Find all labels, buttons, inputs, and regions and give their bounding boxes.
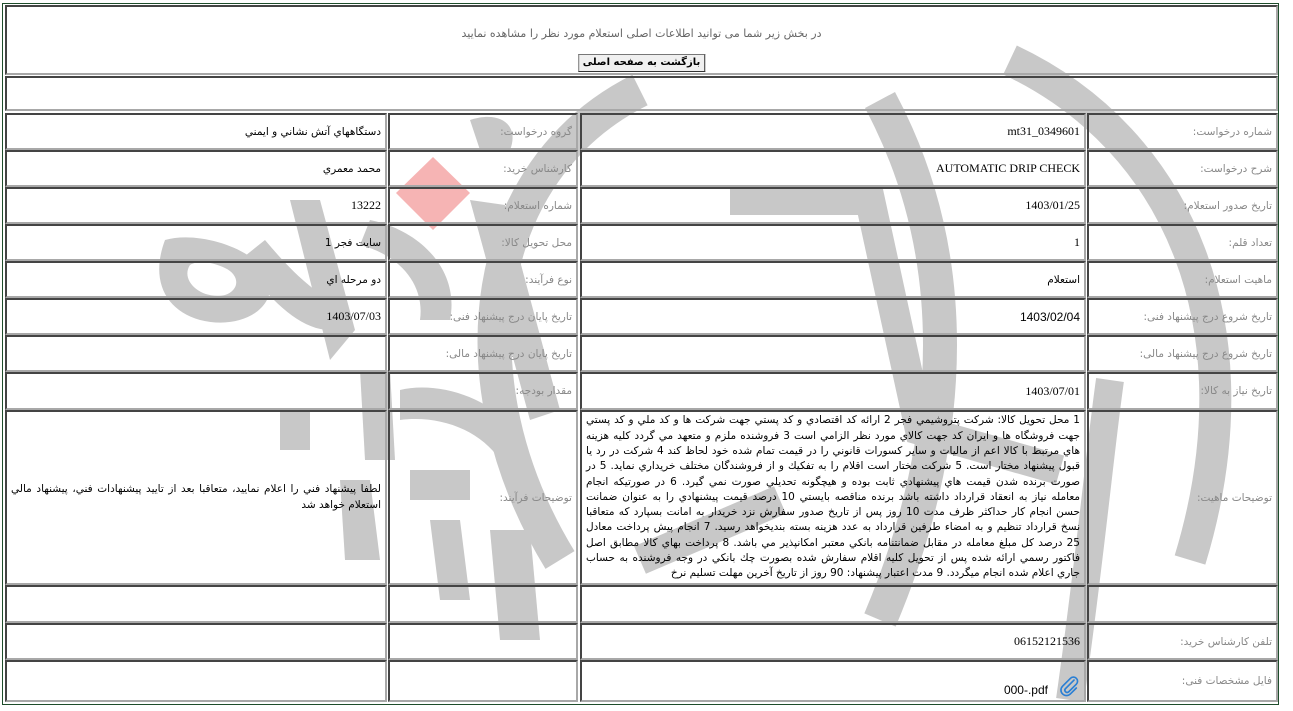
label-text: شماره استعلام:: [504, 200, 572, 212]
page-content: در بخش زیر شما می توانید اطلاعات اصلی اس…: [0, 0, 1293, 711]
label-inquiry-number: شماره استعلام:: [388, 187, 578, 224]
value-item-count: 1: [580, 224, 1086, 261]
label-nature-notes: توضیحات ماهیت:: [1087, 410, 1278, 585]
label-text: تاریخ پایان درج پیشنهاد مالی:: [446, 348, 572, 360]
value-tech-offer-start: 1403/02/04: [580, 298, 1086, 335]
label-text: مقدار بودجه:: [516, 385, 572, 397]
value-inquiry-number: 13222: [5, 187, 387, 224]
label-inquiry-issue-date: تاریخ صدور استعلام:: [1087, 187, 1278, 224]
label-budget-amount: مقدار بودجه:: [388, 372, 578, 410]
label-text: تاریخ نیاز به کالا:: [1200, 385, 1272, 397]
value-text: 1: [1074, 235, 1080, 250]
value-budget-amount: [5, 372, 387, 410]
value-fin-offer-start: [580, 335, 1086, 372]
label-text: تاریخ صدور استعلام:: [1184, 200, 1272, 212]
label-text: شماره درخواست:: [1193, 126, 1272, 138]
label-text: تلفن کارشناس خرید:: [1180, 636, 1272, 648]
label-text: ماهیت استعلام:: [1205, 274, 1272, 286]
value-text: 1403/07/01: [1025, 384, 1080, 399]
spacer-row: [5, 76, 1278, 111]
value-text: دستگاههاي آتش نشاني و ايمني: [245, 126, 381, 138]
value-nature-notes: 1 محل تحويل كالا: شركت پتروشيمي فجر 2 ار…: [580, 410, 1086, 585]
value-inquiry-issue-date: 1403/01/25: [580, 187, 1086, 224]
value-request-description: AUTOMATIC DRIP CHECK: [580, 150, 1086, 187]
label-tech-offer-start: تاریخ شروع درج پیشنهاد فنی:: [1087, 298, 1278, 335]
label-tech-offer-end: تاریخ پایان درج پیشنهاد فنی:: [388, 298, 578, 335]
empty-cell: [388, 660, 578, 702]
label-text: تاریخ پایان درج پیشنهاد فنی:: [449, 311, 572, 323]
label-item-count: تعداد قلم:: [1087, 224, 1278, 261]
empty-cell: [5, 623, 387, 660]
label-inquiry-nature: ماهیت استعلام:: [1087, 261, 1278, 298]
label-text: نوع فرآیند:: [525, 274, 572, 286]
value-process-type: دو مرحله اي: [5, 261, 387, 298]
label-text: شرح درخواست:: [1200, 163, 1272, 175]
value-text: سايت فجر 1: [325, 237, 381, 249]
value-text: AUTOMATIC DRIP CHECK: [936, 161, 1080, 176]
value-text: دو مرحله اي: [326, 274, 381, 286]
value-text: 06152121536: [1014, 634, 1080, 649]
file-name[interactable]: 000-.pdf: [1004, 683, 1048, 697]
empty-cell: [388, 623, 578, 660]
intro-panel: در بخش زیر شما می توانید اطلاعات اصلی اس…: [5, 5, 1278, 75]
value-delivery-location: سايت فجر 1: [5, 224, 387, 261]
value-request-number: mt31_0349601: [580, 113, 1086, 150]
process-notes-text: لطفا پيشنهاد فني را اعلام نماييد، متعاقب…: [11, 482, 381, 513]
value-request-group: دستگاههاي آتش نشاني و ايمني: [5, 113, 387, 150]
label-text: توضیحات فرآیند:: [499, 492, 572, 504]
label-text: کارشناس خرید:: [503, 163, 572, 175]
label-text: گروه درخواست:: [500, 126, 572, 138]
label-delivery-location: محل تحویل کالا:: [388, 224, 578, 261]
value-inquiry-nature: استعلام: [580, 261, 1086, 298]
paperclip-icon[interactable]: [1058, 675, 1080, 697]
value-text: 1403/07/03: [326, 309, 381, 324]
label-process-type: نوع فرآیند:: [388, 261, 578, 298]
label-fin-offer-start: تاریخ شروع درج پیشنهاد مالی:: [1087, 335, 1278, 372]
empty-cell: [388, 585, 578, 623]
label-text: توضیحات ماهیت:: [1197, 492, 1272, 504]
value-fin-offer-end: [5, 335, 387, 372]
value-purchase-expert-phone: 06152121536: [580, 623, 1086, 660]
label-text: محل تحویل کالا:: [501, 237, 572, 249]
label-request-group: گروه درخواست:: [388, 113, 578, 150]
back-to-home-button[interactable]: بازگشت به صفحه اصلی: [578, 54, 706, 72]
label-text: تاریخ شروع درج پیشنهاد فنی:: [1143, 311, 1272, 323]
label-purchase-expert-phone: تلفن کارشناس خرید:: [1087, 623, 1278, 660]
value-tech-spec-file: 000-.pdf: [580, 660, 1086, 702]
label-goods-need-date: تاریخ نیاز به کالا:: [1087, 372, 1278, 410]
label-text: فایل مشخصات فنی:: [1182, 675, 1272, 687]
empty-cell: [1087, 585, 1278, 623]
intro-message: در بخش زیر شما می توانید اطلاعات اصلی اس…: [7, 27, 1276, 40]
value-text: 1403/01/25: [1025, 198, 1080, 213]
label-purchase-expert: کارشناس خرید:: [388, 150, 578, 187]
empty-cell: [5, 585, 387, 623]
value-text: استعلام: [1047, 274, 1080, 286]
value-purchase-expert: محمد معمري: [5, 150, 387, 187]
tech-spec-file-link[interactable]: 000-.pdf: [1004, 665, 1080, 697]
label-tech-spec-file: فایل مشخصات فنی:: [1087, 660, 1278, 702]
label-request-number: شماره درخواست:: [1087, 113, 1278, 150]
value-goods-need-date: 1403/07/01: [580, 372, 1086, 410]
value-text: mt31_0349601: [1007, 124, 1080, 139]
label-text: تاریخ شروع درج پیشنهاد مالی:: [1140, 348, 1272, 360]
nature-notes-text: 1 محل تحويل كالا: شركت پتروشيمي فجر 2 ار…: [586, 413, 1080, 581]
value-tech-offer-end: 1403/07/03: [5, 298, 387, 335]
empty-cell: [5, 660, 387, 702]
value-process-notes: لطفا پيشنهاد فني را اعلام نماييد، متعاقب…: [5, 410, 387, 585]
label-text: تعداد قلم:: [1229, 237, 1272, 249]
label-process-notes: توضیحات فرآیند:: [388, 410, 578, 585]
label-request-description: شرح درخواست:: [1087, 150, 1278, 187]
value-text: محمد معمري: [323, 163, 381, 175]
value-text: 1403/02/04: [1020, 310, 1080, 324]
empty-cell: [580, 585, 1086, 623]
value-text: 13222: [351, 198, 381, 213]
label-fin-offer-end: تاریخ پایان درج پیشنهاد مالی:: [388, 335, 578, 372]
